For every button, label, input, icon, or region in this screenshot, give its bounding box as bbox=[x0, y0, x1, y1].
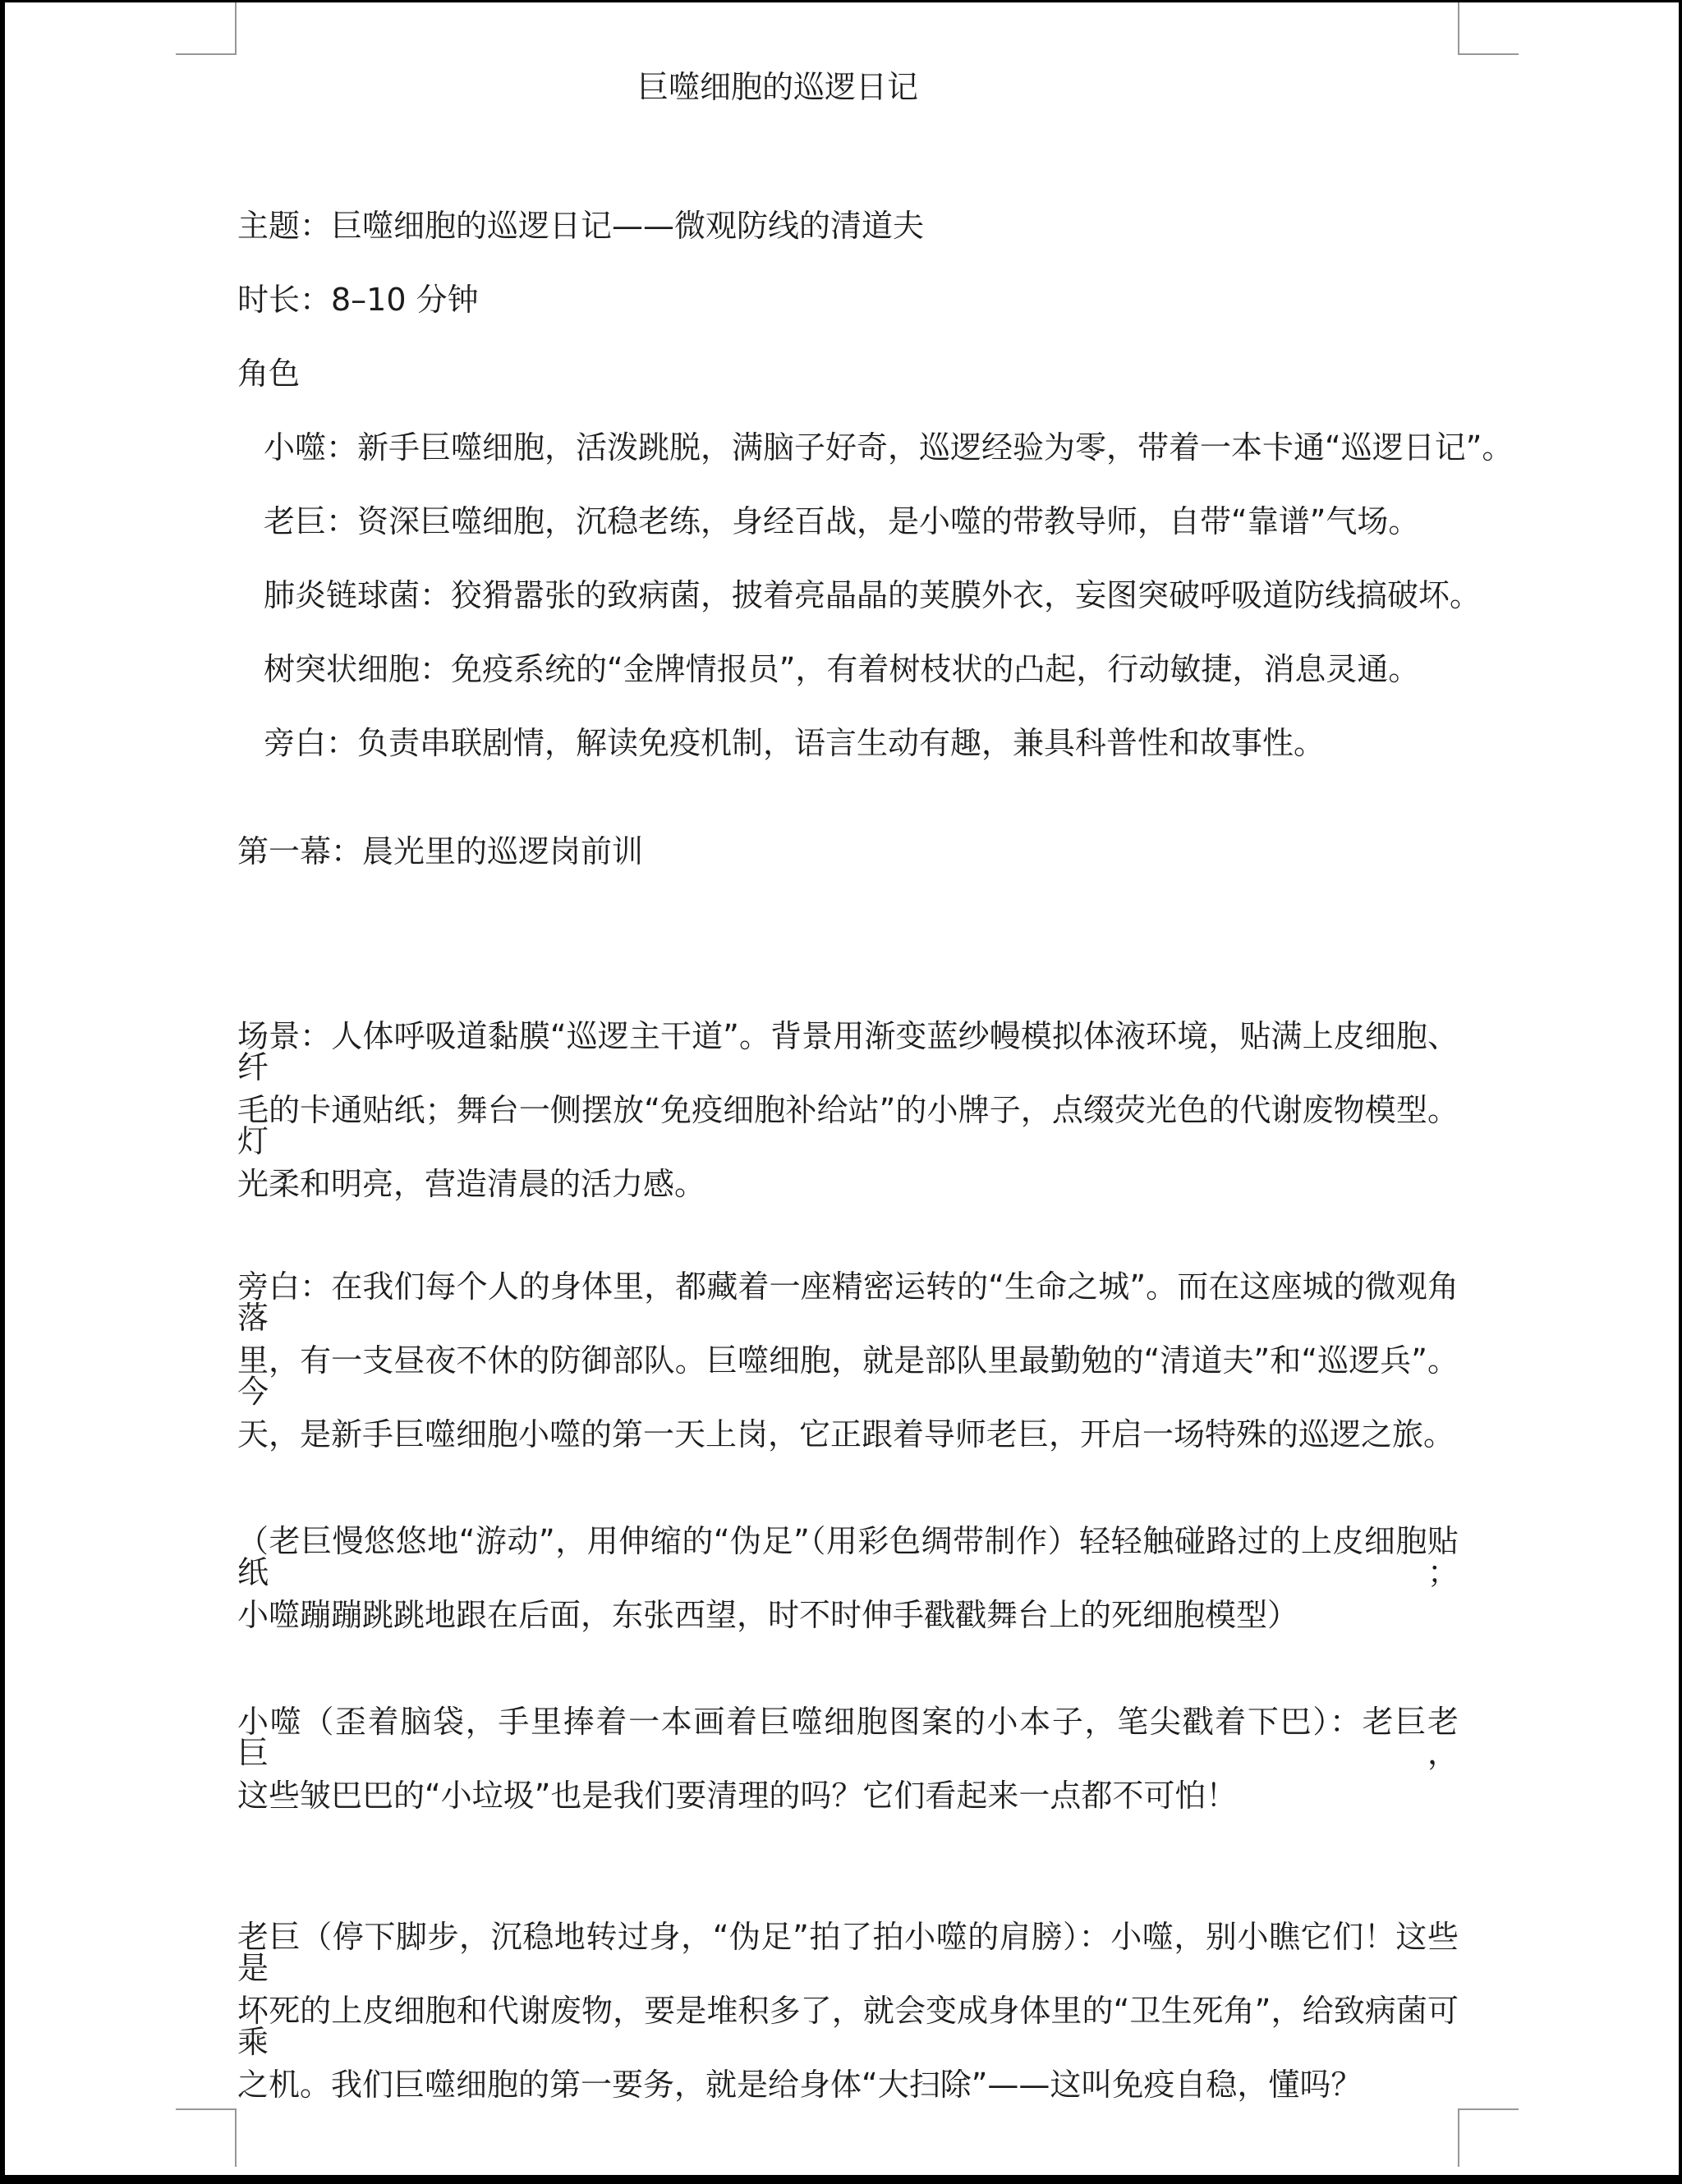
text-line: 时长：8–10 分钟 bbox=[237, 284, 479, 315]
text-line: 第一幕：晨光里的巡逻岗前训 bbox=[237, 836, 643, 867]
text-line: 场景：人体呼吸道黏膜“巡逻主干道”。背景用渐变蓝纱幔模拟体液环境，贴满上皮细胞、… bbox=[237, 1021, 1459, 1083]
text-line: 旁白：负责串联剧情，解读免疫机制，语言生动有趣，兼具科普性和故事性。 bbox=[264, 727, 1325, 759]
text-line: 主题：巨噬细胞的巡逻日记——微观防线的清道夫 bbox=[237, 210, 924, 241]
document-page: 巨噬细胞的巡逻日记主题：巨噬细胞的巡逻日记——微观防线的清道夫时长：8–10 分… bbox=[0, 0, 1682, 2184]
margin-mark-line bbox=[1458, 2108, 1519, 2110]
text-line: 老巨（停下脚步，沉稳地转过身，“伪足”拍了拍小噬的肩膀）：小噬，别小瞧它们！这些… bbox=[237, 1921, 1459, 1984]
text-line: 肺炎链球菌：狡猾嚣张的致病菌，披着亮晶晶的荚膜外衣，妄图突破呼吸道防线搞破坏。 bbox=[264, 580, 1481, 611]
margin-mark-line bbox=[1458, 1, 1459, 55]
text-line: 天，是新手巨噬细胞小噬的第一天上岗，它正跟着导师老巨，开启一场特殊的巡逻之旅。 bbox=[237, 1419, 1455, 1450]
margin-mark-line bbox=[1458, 2108, 1459, 2167]
text-line: 小噬：新手巨噬细胞，活泼跳脱，满脑子好奇，巡逻经验为零，带着一本卡通“巡逻日记”… bbox=[264, 432, 1513, 463]
text-line: 这些皱巴巴的“小垃圾”也是我们要清理的吗？它们看起来一点都不可怕！ bbox=[237, 1780, 1237, 1811]
text-line: 老巨：资深巨噬细胞，沉稳老练，身经百战，是小噬的带教导师，自带“靠谱”气场。 bbox=[264, 506, 1419, 537]
text-line: 光柔和明亮，营造清晨的活力感。 bbox=[237, 1168, 705, 1200]
margin-mark-line bbox=[235, 2108, 237, 2167]
text-line: 坏死的上皮细胞和代谢废物，要是堆积多了，就会变成身体里的“卫生死角”，给致病菌可… bbox=[237, 1995, 1459, 2058]
text-line: 角色 bbox=[237, 358, 300, 389]
text-line: 小噬蹦蹦跳跳地跟在后面，东张西望，时不时伸手戳戳舞台上的死细胞模型） bbox=[237, 1599, 1298, 1631]
text-line: 树突状细胞：免疫系统的“金牌情报员”，有着树枝状的凸起，行动敏捷，消息灵通。 bbox=[264, 654, 1419, 685]
text-line: 里，有一支昼夜不休的防御部队。巨噬细胞，就是部队里最勤勉的“清道夫”和“巡逻兵”… bbox=[237, 1345, 1459, 1407]
text-line: 旁白：在我们每个人的身体里，都藏着一座精密运转的“生命之城”。而在这座城的微观角… bbox=[237, 1271, 1459, 1333]
text-line: 之机。我们巨噬细胞的第一要务，就是给身体“大扫除”——这叫免疫自稳，懂吗？ bbox=[237, 2069, 1362, 2100]
margin-mark-line bbox=[176, 2108, 237, 2110]
margin-mark-line bbox=[176, 53, 237, 55]
margin-mark-line bbox=[1458, 53, 1519, 55]
text-line: 毛的卡通贴纸；舞台一侧摆放“免疫细胞补给站”的小牌子，点缀荧光色的代谢废物模型。… bbox=[237, 1094, 1459, 1157]
margin-mark-line bbox=[235, 1, 237, 55]
document-title: 巨噬细胞的巡逻日记 bbox=[637, 71, 918, 103]
text-line: 小噬（歪着脑袋，手里捧着一本画着巨噬细胞图案的小本子，笔尖戳着下巴）：老巨老巨， bbox=[237, 1706, 1459, 1769]
text-line: （老巨慢悠悠地“游动”，用伸缩的“伪足”（用彩色绸带制作）轻轻触碰路过的上皮细胞… bbox=[237, 1526, 1459, 1588]
